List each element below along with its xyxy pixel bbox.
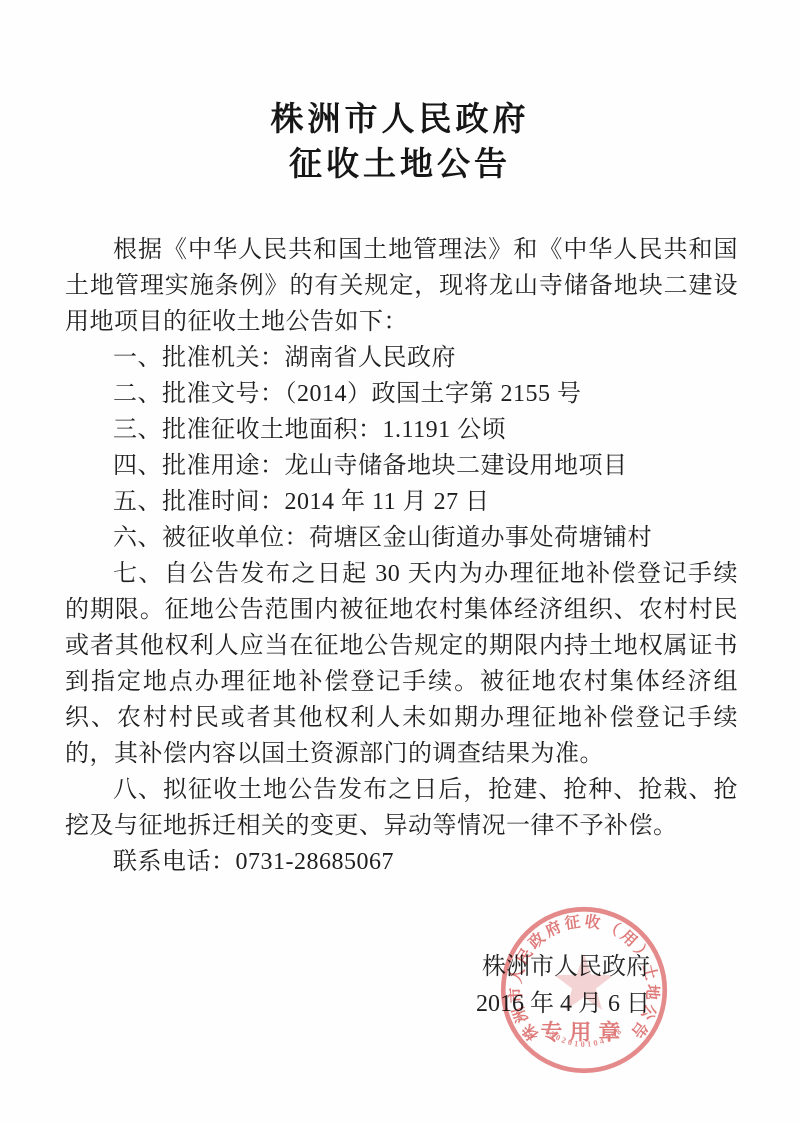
intro-paragraph: 根据《中华人民共和国土地管理法》和《中华人民共和国土地管理实施条例》的有关规定，…: [65, 232, 738, 340]
signature-issuer: 株洲市人民政府: [476, 949, 650, 986]
document-header: 株洲市人民政府 征收土地公告: [0, 0, 800, 188]
seal-center-text: 专用章: [541, 1020, 628, 1045]
item-2-approval-number: 二、批准文号：（2014）政国土字第 2155 号: [65, 376, 738, 412]
document-title-issuer: 株洲市人民政府: [0, 98, 800, 143]
item-8-no-compensation-clause: 八、拟征收土地公告发布之日后，抢建、抢种、抢栽、抢挖及与征地拆迁相关的变更、异动…: [65, 772, 738, 844]
item-5-approval-date: 五、批准时间：2014 年 11 月 27 日: [65, 484, 738, 520]
contact-phone-line: 联系电话：0731-28685067: [65, 844, 738, 880]
seal-serial-number: 4302010104788: [543, 1025, 625, 1048]
signature-date: 2016 年 4 月 6 日: [476, 986, 650, 1023]
scanned-document-page: 株洲市人民政府 征收土地公告 根据《中华人民共和国土地管理法》和《中华人民共和国…: [0, 0, 800, 1123]
item-6-expropriated-unit: 六、被征收单位：荷塘区金山街道办事处荷塘铺村: [65, 520, 738, 556]
item-7-registration-terms: 七、自公告发布之日起 30 天内为办理征地补偿登记手续的期限。征地公告范围内被征…: [65, 556, 738, 772]
document-body: 根据《中华人民共和国土地管理法》和《中华人民共和国土地管理实施条例》的有关规定，…: [65, 232, 738, 880]
signature-block: 株洲市人民政府 2016 年 4 月 6 日: [476, 949, 650, 1023]
item-1-approving-authority: 一、批准机关：湖南省人民政府: [65, 340, 738, 376]
item-4-approved-use: 四、批准用途：龙山寺储备地块二建设用地项目: [65, 448, 738, 484]
item-3-approved-land-area: 三、批准征收土地面积：1.1191 公顷: [65, 412, 738, 448]
document-title-subject: 征收土地公告: [0, 143, 800, 188]
